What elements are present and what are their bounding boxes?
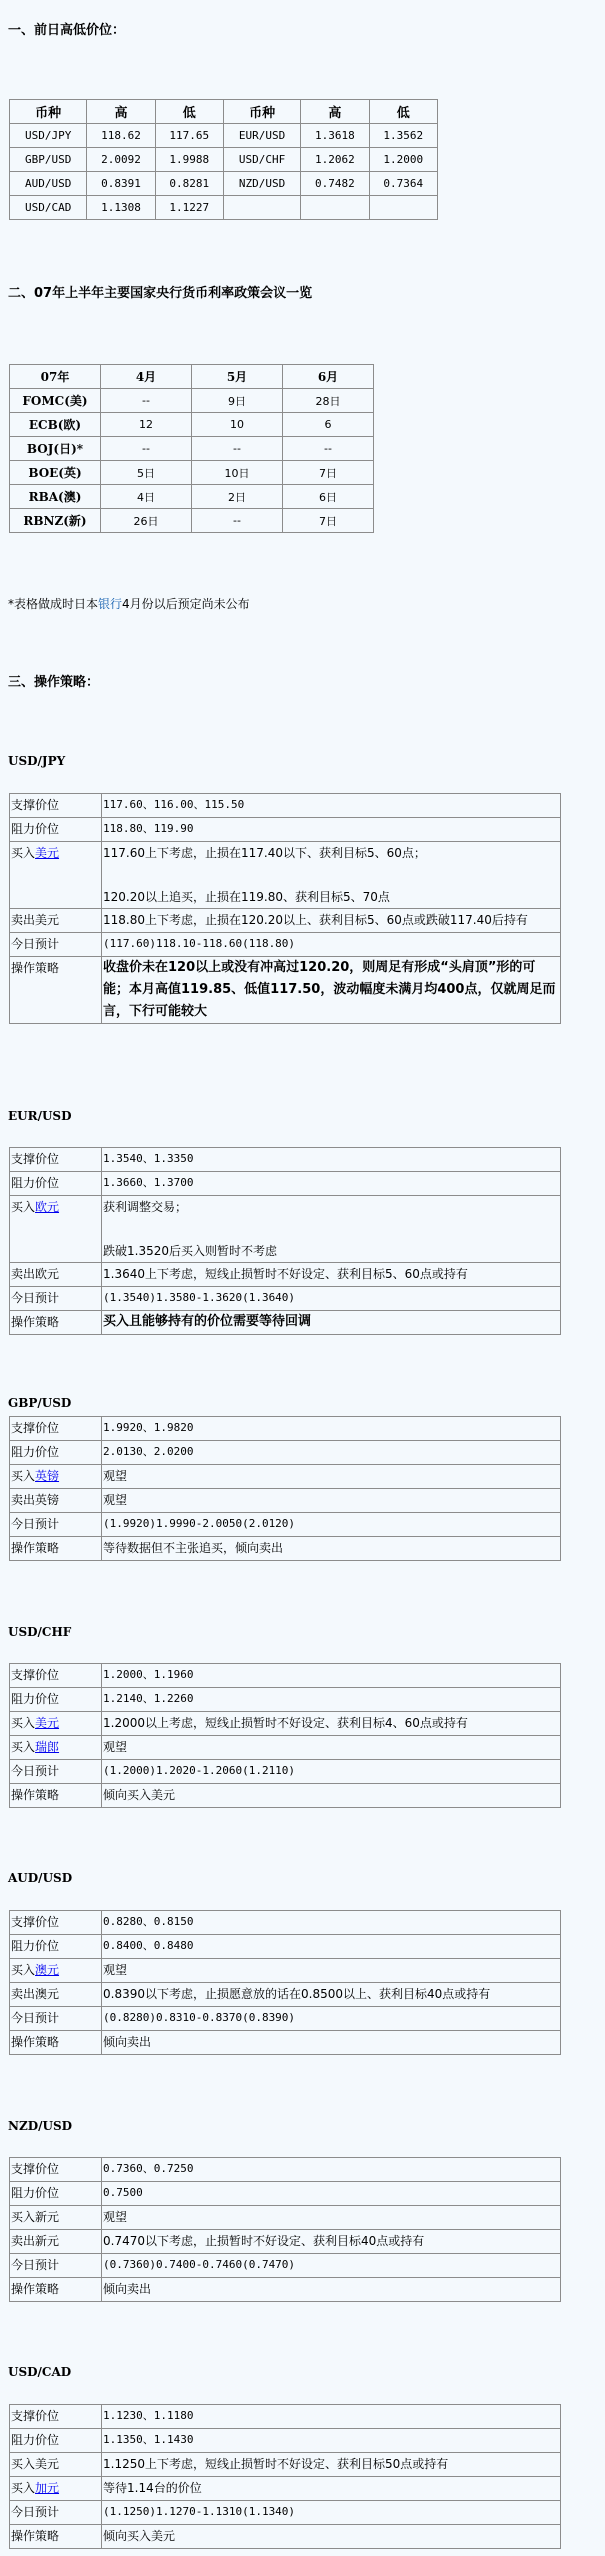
- cell: --: [192, 437, 283, 461]
- blank-line: [103, 864, 559, 886]
- table-row-fomc: FOMC(美) -- 9日 28日: [10, 389, 374, 413]
- label: 操作策略: [10, 1311, 102, 1335]
- currency-link-gbp[interactable]: 英镑: [35, 1469, 59, 1483]
- currency-link-eur[interactable]: 欧元: [35, 1200, 59, 1214]
- cell: 5日: [101, 461, 192, 485]
- value: 117.60、116.00、115.50: [102, 794, 561, 818]
- row-strategy: 操作策略 倾向卖出: [10, 2031, 561, 2055]
- currency-link-chf[interactable]: 瑞郎: [35, 1740, 59, 1754]
- table-row-rbnz: RBNZ(新) 26日 -- 7日: [10, 509, 374, 533]
- row-sell: 卖出新元 0.7470以下考虑，止损暂时不好设定、获利目标40点或持有: [10, 2230, 561, 2254]
- buy-prefix: 买入: [11, 1963, 35, 1977]
- label: 今日预计: [10, 2007, 102, 2031]
- row-strategy: 操作策略 收盘价未在120以上或没有冲高过120.20，则周足有形成“头肩顶”形…: [10, 957, 561, 1024]
- value: 0.7500: [102, 2182, 561, 2206]
- pair-heading-usdjpy: USD/JPY: [8, 754, 65, 768]
- label: 卖出新元: [10, 2230, 102, 2254]
- label: 卖出澳元: [10, 1983, 102, 2007]
- buy-prefix: 买入: [11, 846, 35, 860]
- value: 1.2000、1.1960: [102, 1664, 561, 1688]
- row-resistance: 阻力价位 0.8400、0.8480: [10, 1935, 561, 1959]
- strategy-table-nzdusd: 支撑价位 0.7360、0.7250 阻力价位 0.7500 买入新元 观望 卖…: [9, 2157, 561, 2302]
- col-header-low: 低: [369, 100, 437, 124]
- label: 阻力价位: [10, 1172, 102, 1196]
- label: 买入瑞郎: [10, 1736, 102, 1760]
- label: 阻力价位: [10, 2182, 102, 2206]
- row-resistance: 阻力价位 118.80、119.90: [10, 818, 561, 842]
- value: 倾向卖出: [102, 2278, 561, 2302]
- note-suffix: 4月份以后预定尚未公布: [122, 597, 250, 611]
- value: 等待1.14台的价位: [102, 2477, 561, 2501]
- value: 观望: [102, 2206, 561, 2230]
- cell: 1.2000: [369, 148, 437, 172]
- prev-day-hilo-table: 币种 高 低 币种 高 低 USD/JPY 118.62 117.65 EUR/…: [9, 99, 438, 220]
- col-header-high: 高: [301, 100, 369, 124]
- row-header: RBNZ(新): [10, 509, 101, 533]
- strategy-table-usdcad: 支撑价位 1.1230、1.1180 阻力价位 1.1350、1.1430 买入…: [9, 2404, 561, 2549]
- row-resistance: 阻力价位 1.1350、1.1430: [10, 2429, 561, 2453]
- row-resistance: 阻力价位 0.7500: [10, 2182, 561, 2206]
- buy-prefix: 买入: [11, 1200, 35, 1214]
- cell: 1.3618: [301, 124, 369, 148]
- cell: USD/CHF: [223, 148, 300, 172]
- label: 今日预计: [10, 1287, 102, 1311]
- value: 1.2140、1.2260: [102, 1688, 561, 1712]
- row-header: FOMC(美): [10, 389, 101, 413]
- value: 1.3540、1.3350: [102, 1148, 561, 1172]
- cell: 28日: [283, 389, 374, 413]
- currency-link-aud[interactable]: 澳元: [35, 1963, 59, 1977]
- cell: 10: [192, 413, 283, 437]
- cell: 1.3562: [369, 124, 437, 148]
- value: 0.8390以下考虑，止损愿意放的话在0.8500以上、获利目标40点或持有: [102, 1983, 561, 2007]
- table-row: USD/JPY 118.62 117.65 EUR/USD 1.3618 1.3…: [10, 124, 438, 148]
- label: 买入美元: [10, 842, 102, 909]
- label: 卖出美元: [10, 909, 102, 933]
- cell: --: [283, 437, 374, 461]
- value: 获利调整交易； 跌破1.3520后买入则暂时不考虑: [102, 1196, 561, 1263]
- buy-prefix: 买入: [11, 1469, 35, 1483]
- label: 今日预计: [10, 1513, 102, 1537]
- row-forecast: 今日预计 (1.2000)1.2020-1.2060(1.2110): [10, 1760, 561, 1784]
- cell: 12: [101, 413, 192, 437]
- cell: 117.65: [155, 124, 223, 148]
- cell: 0.8281: [155, 172, 223, 196]
- row-strategy: 操作策略 等待数据但不主张追买，倾向卖出: [10, 1537, 561, 1561]
- table-row-ecb: ECB(欧) 12 10 6: [10, 413, 374, 437]
- value: 1.1350、1.1430: [102, 2429, 561, 2453]
- label: 买入加元: [10, 2477, 102, 2501]
- row-forecast: 今日预计 (1.1250)1.1270-1.1310(1.1340): [10, 2501, 561, 2525]
- row-forecast: 今日预计 (1.9920)1.9990-2.0050(2.0120): [10, 1513, 561, 1537]
- row-header: BOE(英): [10, 461, 101, 485]
- strategy-table-gbpusd: 支撑价位 1.9920、1.9820 阻力价位 2.0130、2.0200 买入…: [9, 1416, 561, 1561]
- cell: 0.7482: [301, 172, 369, 196]
- bank-link[interactable]: 银行: [98, 597, 122, 611]
- label: 卖出欧元: [10, 1263, 102, 1287]
- value: 0.8400、0.8480: [102, 1935, 561, 1959]
- cell: 0.8391: [87, 172, 155, 196]
- row-buy: 买入美元 117.60上下考虑，止损在117.40以下、获利目标5、60点； 1…: [10, 842, 561, 909]
- label: 操作策略: [10, 2031, 102, 2055]
- row-header: RBA(澳): [10, 485, 101, 509]
- row-resistance: 阻力价位 2.0130、2.0200: [10, 1441, 561, 1465]
- pair-heading-usdchf: USD/CHF: [8, 1625, 71, 1639]
- cell: USD/JPY: [10, 124, 87, 148]
- row-support: 支撑价位 1.3540、1.3350: [10, 1148, 561, 1172]
- label: 买入新元: [10, 2206, 102, 2230]
- buy-line-1: 获利调整交易；: [103, 1196, 559, 1218]
- cell: 10日: [192, 461, 283, 485]
- label: 操作策略: [10, 1537, 102, 1561]
- value: 1.2000以上考虑，短线止损暂时不好设定、获利目标4、60点或持有: [102, 1712, 561, 1736]
- strategy-table-usdchf: 支撑价位 1.2000、1.1960 阻力价位 1.2140、1.2260 买入…: [9, 1663, 561, 1808]
- label: 支撑价位: [10, 1911, 102, 1935]
- label: 操作策略: [10, 2525, 102, 2549]
- cell: AUD/USD: [10, 172, 87, 196]
- value: 观望: [102, 1959, 561, 1983]
- cell: 6: [283, 413, 374, 437]
- value: 收盘价未在120以上或没有冲高过120.20，则周足有形成“头肩顶”形的可能；本…: [102, 957, 561, 1024]
- table-row-boj: BOJ(日)* -- -- --: [10, 437, 374, 461]
- row-sell: 卖出英镑 观望: [10, 1489, 561, 1513]
- row-sell: 卖出澳元 0.8390以下考虑，止损愿意放的话在0.8500以上、获利目标40点…: [10, 1983, 561, 2007]
- cell: 7日: [283, 461, 374, 485]
- table-row: AUD/USD 0.8391 0.8281 NZD/USD 0.7482 0.7…: [10, 172, 438, 196]
- table-header-row: 币种 高 低 币种 高 低: [10, 100, 438, 124]
- value: (1.2000)1.2020-1.2060(1.2110): [102, 1760, 561, 1784]
- cell: [301, 196, 369, 220]
- value: 倾向卖出: [102, 2031, 561, 2055]
- value: 0.8280、0.8150: [102, 1911, 561, 1935]
- boj-footnote: *表格做成时日本银行4月份以后预定尚未公布: [8, 595, 250, 612]
- cell: 2.0092: [87, 148, 155, 172]
- currency-link-cad[interactable]: 加元: [35, 2481, 59, 2495]
- label: 买入澳元: [10, 1959, 102, 1983]
- row-support: 支撑价位 1.1230、1.1180: [10, 2405, 561, 2429]
- table-row: USD/CAD 1.1308 1.1227: [10, 196, 438, 220]
- value: 等待数据但不主张追买，倾向卖出: [102, 1537, 561, 1561]
- row-forecast: 今日预计 (117.60)118.10-118.60(118.80): [10, 933, 561, 957]
- cell: 1.2062: [301, 148, 369, 172]
- pair-heading-audusd: AUD/USD: [8, 1871, 72, 1885]
- row-buy-usd: 买入美元 1.2000以上考虑，短线止损暂时不好设定、获利目标4、60点或持有: [10, 1712, 561, 1736]
- strategy-table-audusd: 支撑价位 0.8280、0.8150 阻力价位 0.8400、0.8480 买入…: [9, 1910, 561, 2055]
- section-title-strategy: 三、操作策略：: [8, 671, 99, 690]
- label: 今日预计: [10, 1760, 102, 1784]
- row-buy-usd: 买入美元 1.1250上下考虑，短线止损暂时不好设定、获利目标50点或持有: [10, 2453, 561, 2477]
- value: (117.60)118.10-118.60(118.80): [102, 933, 561, 957]
- row-strategy: 操作策略 倾向卖出: [10, 2278, 561, 2302]
- row-buy-chf: 买入瑞郎 观望: [10, 1736, 561, 1760]
- value: 1.3660、1.3700: [102, 1172, 561, 1196]
- central-bank-meetings-table: 07年 4月 5月 6月 FOMC(美) -- 9日 28日 ECB(欧) 12…: [9, 364, 374, 533]
- col-header-pair: 币种: [10, 100, 87, 124]
- value: 1.1230、1.1180: [102, 2405, 561, 2429]
- col-header-year: 07年: [10, 365, 101, 389]
- row-buy: 买入欧元 获利调整交易； 跌破1.3520后买入则暂时不考虑: [10, 1196, 561, 1263]
- buy-prefix: 买入: [11, 1740, 35, 1754]
- value: 1.1250上下考虑，短线止损暂时不好设定、获利目标50点或持有: [102, 2453, 561, 2477]
- table-row-rba: RBA(澳) 4日 2日 6日: [10, 485, 374, 509]
- label: 今日预计: [10, 933, 102, 957]
- strategy-table-usdjpy: 支撑价位 117.60、116.00、115.50 阻力价位 118.80、11…: [9, 793, 561, 1024]
- col-header-low: 低: [155, 100, 223, 124]
- cell: --: [101, 437, 192, 461]
- row-forecast: 今日预计 (1.3540)1.3580-1.3620(1.3640): [10, 1287, 561, 1311]
- label: 支撑价位: [10, 1664, 102, 1688]
- label: 阻力价位: [10, 1441, 102, 1465]
- cell: 9日: [192, 389, 283, 413]
- value: 2.0130、2.0200: [102, 1441, 561, 1465]
- value: (0.7360)0.7400-0.7460(0.7470): [102, 2254, 561, 2278]
- cell: GBP/USD: [10, 148, 87, 172]
- row-buy: 买入澳元 观望: [10, 1959, 561, 1983]
- row-forecast: 今日预计 (0.8280)0.8310-0.8370(0.8390): [10, 2007, 561, 2031]
- value: (1.3540)1.3580-1.3620(1.3640): [102, 1287, 561, 1311]
- value: 买入且能够持有的价位需要等待回调: [102, 1311, 561, 1335]
- buy-line-1: 117.60上下考虑，止损在117.40以下、获利目标5、60点；: [103, 842, 559, 864]
- cell: 0.7364: [369, 172, 437, 196]
- label: 阻力价位: [10, 1935, 102, 1959]
- row-strategy: 操作策略 倾向买入美元: [10, 2525, 561, 2549]
- row-resistance: 阻力价位 1.3660、1.3700: [10, 1172, 561, 1196]
- buy-line-2: 120.20以上追买，止损在119.80、获利目标5、70点: [103, 886, 559, 908]
- cell: --: [192, 509, 283, 533]
- label: 操作策略: [10, 1784, 102, 1808]
- value: 观望: [102, 1489, 561, 1513]
- currency-link-usd[interactable]: 美元: [35, 1716, 59, 1730]
- value: (1.1250)1.1270-1.1310(1.1340): [102, 2501, 561, 2525]
- label: 支撑价位: [10, 2405, 102, 2429]
- cell: [223, 196, 300, 220]
- pair-heading-gbpusd: GBP/USD: [8, 1396, 71, 1410]
- buy-prefix: 买入: [11, 2481, 35, 2495]
- buy-prefix: 买入: [11, 1716, 35, 1730]
- cell: NZD/USD: [223, 172, 300, 196]
- label: 阻力价位: [10, 1688, 102, 1712]
- col-header-pair: 币种: [223, 100, 300, 124]
- label: 买入欧元: [10, 1196, 102, 1263]
- value: 倾向买入美元: [102, 1784, 561, 1808]
- row-resistance: 阻力价位 1.2140、1.2260: [10, 1688, 561, 1712]
- value: 观望: [102, 1465, 561, 1489]
- label: 今日预计: [10, 2501, 102, 2525]
- pair-heading-nzdusd: NZD/USD: [8, 2119, 72, 2133]
- table-header-row: 07年 4月 5月 6月: [10, 365, 374, 389]
- row-sell: 卖出欧元 1.3640上下考虑，短线止损暂时不好设定、获利目标5、60点或持有: [10, 1263, 561, 1287]
- row-buy: 买入新元 观望: [10, 2206, 561, 2230]
- col-header-june: 6月: [283, 365, 374, 389]
- table-row: GBP/USD 2.0092 1.9988 USD/CHF 1.2062 1.2…: [10, 148, 438, 172]
- cell: EUR/USD: [223, 124, 300, 148]
- label: 支撑价位: [10, 794, 102, 818]
- cell: USD/CAD: [10, 196, 87, 220]
- label: 阻力价位: [10, 2429, 102, 2453]
- col-header-may: 5月: [192, 365, 283, 389]
- row-header: BOJ(日)*: [10, 437, 101, 461]
- label: 买入美元: [10, 1712, 102, 1736]
- value: 118.80上下考虑，止损在120.20以上、获利目标5、60点或跌破117.4…: [102, 909, 561, 933]
- value: 观望: [102, 1736, 561, 1760]
- value: 倾向买入美元: [102, 2525, 561, 2549]
- label: 买入英镑: [10, 1465, 102, 1489]
- row-support: 支撑价位 0.8280、0.8150: [10, 1911, 561, 1935]
- col-header-april: 4月: [101, 365, 192, 389]
- cell: 118.62: [87, 124, 155, 148]
- buy-line-2: 跌破1.3520后买入则暂时不考虑: [103, 1240, 559, 1262]
- row-forecast: 今日预计 (0.7360)0.7400-0.7460(0.7470): [10, 2254, 561, 2278]
- value: 117.60上下考虑，止损在117.40以下、获利目标5、60点； 120.20…: [102, 842, 561, 909]
- cell: 2日: [192, 485, 283, 509]
- strategy-table-eurusd: 支撑价位 1.3540、1.3350 阻力价位 1.3660、1.3700 买入…: [9, 1147, 561, 1335]
- value: 118.80、119.90: [102, 818, 561, 842]
- row-support: 支撑价位 117.60、116.00、115.50: [10, 794, 561, 818]
- section-title-prev-day-hilo: 一、前日高低价位：: [8, 19, 125, 38]
- label: 操作策略: [10, 2278, 102, 2302]
- cell: 1.1227: [155, 196, 223, 220]
- cell: 6日: [283, 485, 374, 509]
- row-header: ECB(欧): [10, 413, 101, 437]
- row-support: 支撑价位 0.7360、0.7250: [10, 2158, 561, 2182]
- value: (0.8280)0.8310-0.8370(0.8390): [102, 2007, 561, 2031]
- label: 阻力价位: [10, 818, 102, 842]
- row-strategy: 操作策略 倾向买入美元: [10, 1784, 561, 1808]
- value: 1.3640上下考虑，短线止损暂时不好设定、获利目标5、60点或持有: [102, 1263, 561, 1287]
- cell: 1.1308: [87, 196, 155, 220]
- cell: 7日: [283, 509, 374, 533]
- label: 支撑价位: [10, 1148, 102, 1172]
- cell: 4日: [101, 485, 192, 509]
- label: 今日预计: [10, 2254, 102, 2278]
- col-header-high: 高: [87, 100, 155, 124]
- table-row-boe: BOE(英) 5日 10日 7日: [10, 461, 374, 485]
- cell: 1.9988: [155, 148, 223, 172]
- row-support: 支撑价位 1.2000、1.1960: [10, 1664, 561, 1688]
- pair-heading-eurusd: EUR/USD: [8, 1109, 72, 1123]
- value: 0.7360、0.7250: [102, 2158, 561, 2182]
- value: 1.9920、1.9820: [102, 1417, 561, 1441]
- note-prefix: *表格做成时日本: [8, 597, 98, 611]
- label: 操作策略: [10, 957, 102, 1024]
- cell: 26日: [101, 509, 192, 533]
- blank-line: [103, 1218, 559, 1240]
- row-buy: 买入英镑 观望: [10, 1465, 561, 1489]
- value: 0.7470以下考虑，止损暂时不好设定、获利目标40点或持有: [102, 2230, 561, 2254]
- value: (1.9920)1.9990-2.0050(2.0120): [102, 1513, 561, 1537]
- row-buy-cad: 买入加元 等待1.14台的价位: [10, 2477, 561, 2501]
- row-support: 支撑价位 1.9920、1.9820: [10, 1417, 561, 1441]
- row-strategy: 操作策略 买入且能够持有的价位需要等待回调: [10, 1311, 561, 1335]
- cell: [369, 196, 437, 220]
- row-sell: 卖出美元 118.80上下考虑，止损在120.20以上、获利目标5、60点或跌破…: [10, 909, 561, 933]
- cell: --: [101, 389, 192, 413]
- section-title-central-bank-meetings: 二、07年上半年主要国家央行货币利率政策会议一览: [8, 282, 312, 301]
- label: 买入美元: [10, 2453, 102, 2477]
- label: 支撑价位: [10, 2158, 102, 2182]
- label: 卖出英镑: [10, 1489, 102, 1513]
- pair-heading-usdcad: USD/CAD: [8, 2365, 71, 2379]
- currency-link-usd[interactable]: 美元: [35, 846, 59, 860]
- label: 支撑价位: [10, 1417, 102, 1441]
